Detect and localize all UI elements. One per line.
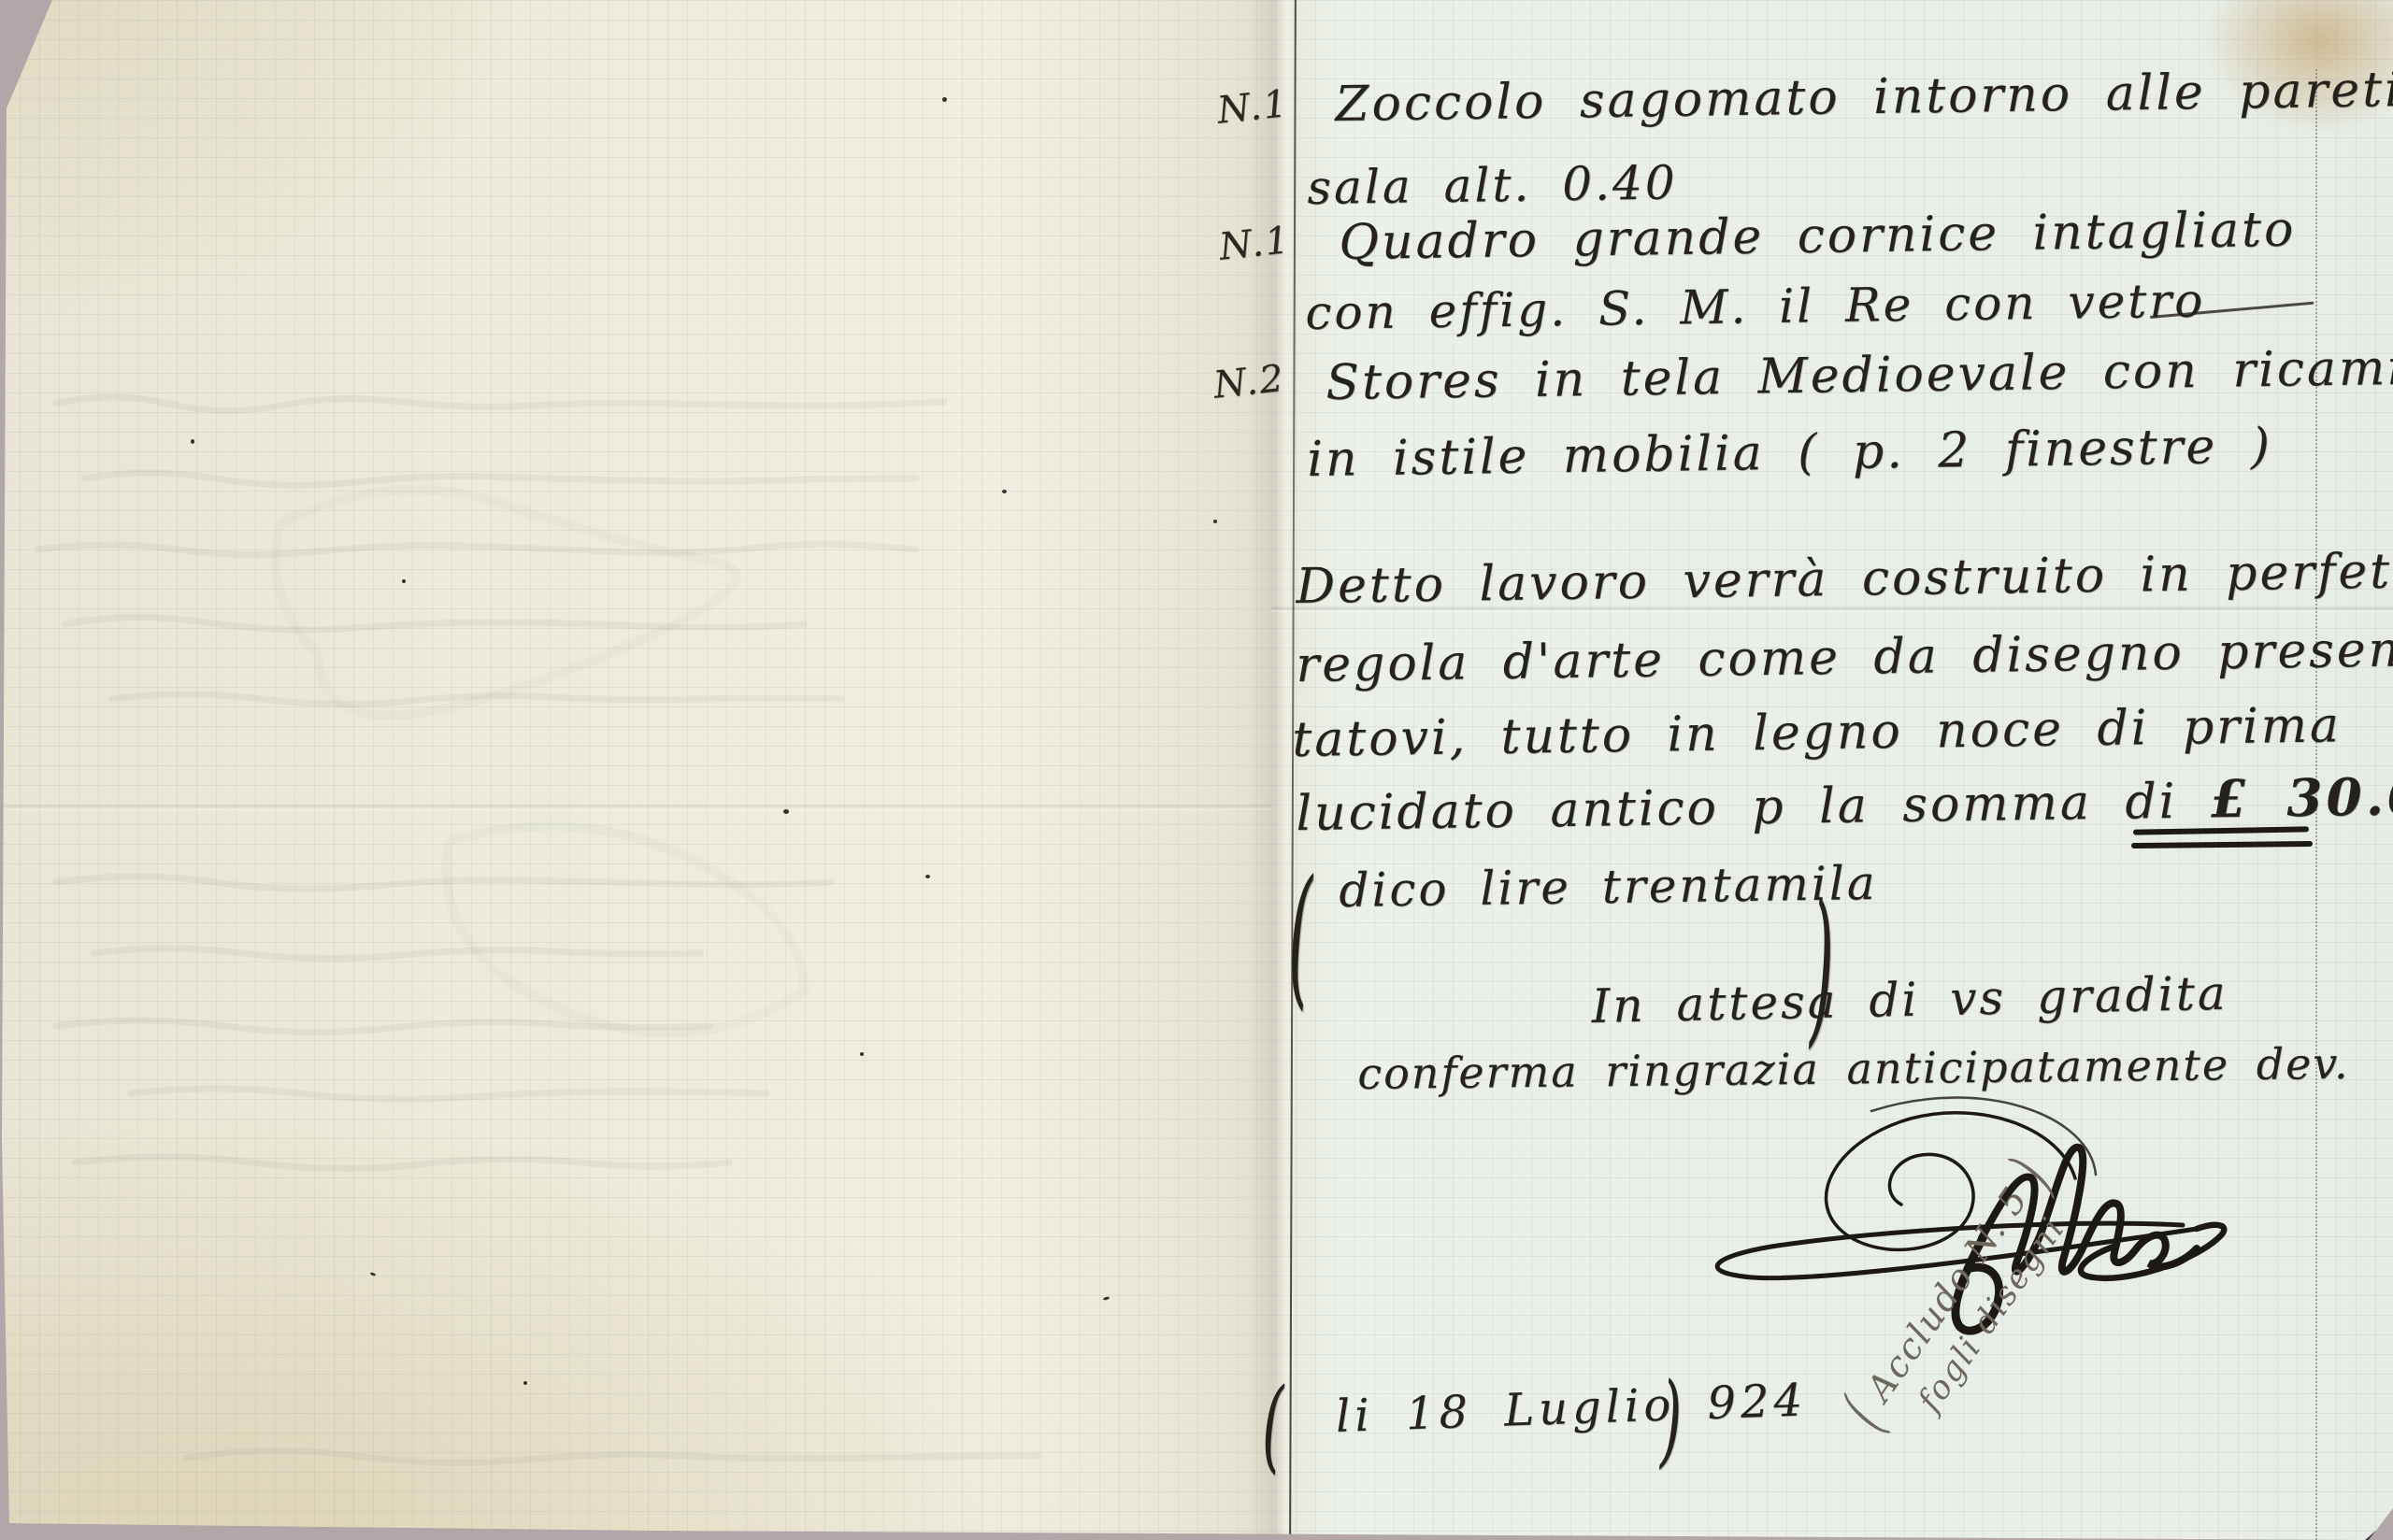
amount-in-words: dico lire trentamila <box>1339 856 1878 918</box>
total-amount: £ 30.000.= <box>2210 763 2393 829</box>
item-quantity: N.1 <box>1217 219 1293 269</box>
open-paren: ( <box>1288 847 1312 1024</box>
item-quantity: N.2 <box>1211 357 1287 407</box>
ink-speck <box>402 579 406 583</box>
scanned-document-photo: { "document": { "kind": "handwritten est… <box>0 0 2393 1540</box>
ink-speck <box>191 439 194 444</box>
open-paren: ( <box>1262 1366 1283 1484</box>
ink-speck <box>783 809 789 814</box>
ink-speck <box>1002 490 1007 493</box>
item-text: sala alt. 0.40 <box>1307 155 1678 215</box>
ink-speck <box>523 1381 527 1385</box>
item-quantity: N.1 <box>1215 82 1291 133</box>
ink-speck <box>1213 520 1217 523</box>
ink-speck <box>942 97 947 102</box>
close-paren: ) <box>1660 1361 1682 1478</box>
close-paren: ) <box>1810 867 1834 1064</box>
ink-speck <box>860 1052 864 1056</box>
ink-speck <box>925 875 930 878</box>
paper-sheet: N.1 Zoccolo sagomato intorno alle pareti… <box>0 0 2393 1540</box>
horizontal-crease-left <box>0 804 1271 811</box>
